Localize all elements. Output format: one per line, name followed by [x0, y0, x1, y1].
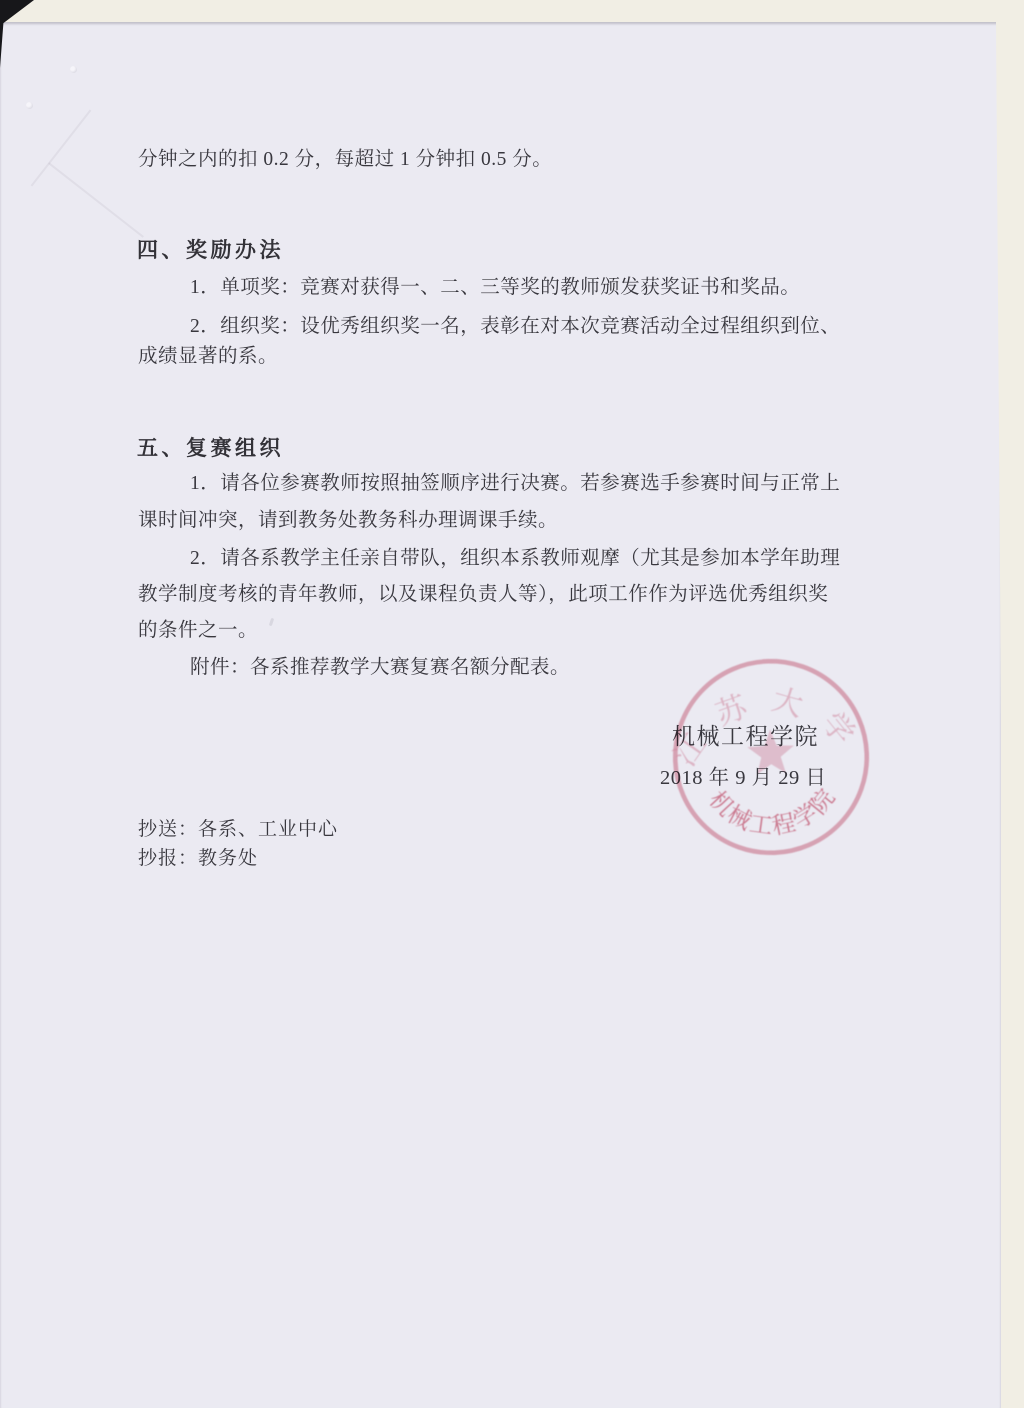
rematch-item-2-line-1: 2．请各系教学主任亲自带队，组织本系教师观摩（尤其是参加本学年助理 [190, 545, 840, 573]
copy-to-line: 抄送：各系、工业中心 [138, 816, 338, 844]
award-item-2-line-1: 2．组织奖：设优秀组织奖一名，表彰在对本次竞赛活动全过程组织到位、 [190, 313, 840, 341]
official-seal-stamp: 江苏大学 机械工程学院 [660, 646, 881, 867]
rematch-item-1-line-1: 1．请各位参赛教师按照抽签顺序进行决赛。若参赛选手参赛时间与正常上 [190, 470, 840, 498]
svg-text:机械工程学院: 机械工程学院 [703, 782, 843, 843]
section-heading-awards: 四、奖励办法 [137, 237, 284, 265]
stamp-department-arc-text: 机械工程学院 [703, 782, 843, 843]
attachment-line: 附件：各系推荐教学大赛复赛名额分配表。 [190, 654, 570, 682]
fold-crease [31, 110, 92, 187]
award-item-1: 1．单项奖：竞赛对获得一、二、三等奖的教师颁发获奖证书和奖品。 [190, 274, 800, 302]
rematch-item-1-line-2: 课时间冲突，请到教务处教务科办理调课手续。 [138, 507, 558, 535]
staple-dimple [26, 102, 33, 109]
paragraph-line: 分钟之内的扣 0.2 分，每超过 1 分钟扣 0.5 分。 [138, 146, 552, 174]
staple-dimple [70, 66, 77, 73]
scan-speck [269, 618, 274, 627]
star-icon [747, 729, 795, 775]
report-to-line: 抄报：教务处 [138, 845, 258, 873]
fold-crease [48, 162, 144, 237]
section-heading-rematch: 五、复赛组织 [137, 435, 284, 463]
rematch-item-2-line-3: 的条件之一。 [138, 617, 258, 645]
rematch-item-2-line-2: 教学制度考核的青年教师，以及课程负责人等），此项工作作为评选优秀组织奖 [138, 581, 828, 609]
award-item-2-line-2: 成绩显著的系。 [138, 343, 278, 371]
